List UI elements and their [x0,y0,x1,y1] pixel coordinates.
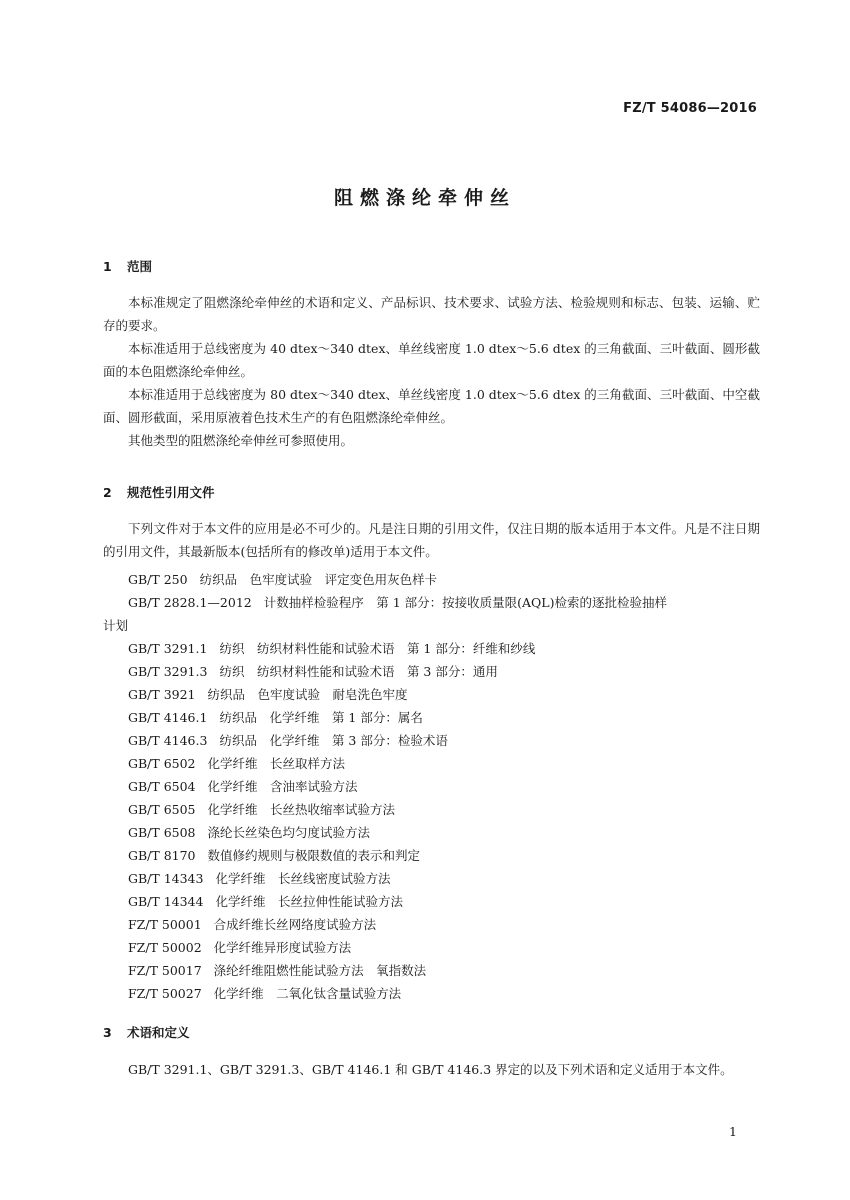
reference-code: GB/T 6504 [128,779,196,794]
reference-item: GB/T 6508涤纶长丝染色均匀度试验方法 [128,823,370,841]
scope-paragraph-3: 本标准适用于总线密度为 80 dtex～340 dtex、单丝线密度 1.0 d… [103,383,760,429]
reference-item: GB/T 8170数值修约规则与极限数值的表示和判定 [128,846,420,864]
reference-code: GB/T 6505 [128,802,196,817]
reference-code: GB/T 4146.3 [128,733,207,748]
reference-title: 涤纶纤维阻燃性能试验方法 氧指数法 [214,963,427,978]
reference-item: GB/T 2828.1—2012计数抽样检验程序 第 1 部分：按接收质量限(A… [128,593,667,634]
reference-item: GB/T 6505化学纤维 长丝热收缩率试验方法 [128,800,395,818]
reference-title: 化学纤维 长丝拉伸性能试验方法 [215,894,403,909]
reference-title: 计数抽样检验程序 第 1 部分：按接收质量限(AQL)检索的逐批检验抽样 [264,595,667,610]
reference-item: FZ/T 50001合成纤维长丝网络度试验方法 [128,915,376,933]
reference-code: GB/T 3921 [128,687,196,702]
reference-title: 数值修约规则与极限数值的表示和判定 [208,848,421,863]
reference-title: 化学纤维 长丝热收缩率试验方法 [208,802,396,817]
reference-continuation: 计划 [103,616,667,634]
reference-code: GB/T 3291.3 [128,664,207,679]
reference-title: 纺织 纺织材料性能和试验术语 第 3 部分：通用 [219,664,497,679]
reference-item: GB/T 3291.3纺织 纺织材料性能和试验术语 第 3 部分：通用 [128,662,498,680]
section-number: 1 [103,259,127,274]
reference-code: GB/T 4146.1 [128,710,207,725]
reference-code: GB/T 14344 [128,894,203,909]
reference-item: GB/T 4146.3纺织品 化学纤维 第 3 部分：检验术语 [128,731,448,749]
section-number: 3 [103,1025,127,1040]
scope-paragraph-4: 其他类型的阻燃涤纶牵伸丝可参照使用。 [103,429,760,452]
section-title: 规范性引用文件 [127,485,215,500]
reference-item: GB/T 250纺织品 色牢度试验 评定变色用灰色样卡 [128,570,437,588]
reference-code: GB/T 8170 [128,848,196,863]
reference-code: GB/T 14343 [128,871,203,886]
reference-title: 纺织品 色牢度试验 评定变色用灰色样卡 [200,572,438,587]
reference-item: FZ/T 50017涤纶纤维阻燃性能试验方法 氧指数法 [128,961,426,979]
reference-title: 纺织品 化学纤维 第 3 部分：检验术语 [219,733,447,748]
scope-paragraph-1: 本标准规定了阻燃涤纶牵伸丝的术语和定义、产品标识、技术要求、试验方法、检验规则和… [103,291,760,337]
references-intro: 下列文件对于本文件的应用是必不可少的。凡是注日期的引用文件，仅注日期的版本适用于… [103,517,760,563]
reference-code: GB/T 250 [128,572,188,587]
reference-title: 化学纤维 长丝线密度试验方法 [215,871,390,886]
reference-code: FZ/T 50027 [128,986,202,1001]
reference-item: GB/T 6502化学纤维 长丝取样方法 [128,754,345,772]
scope-paragraph-2: 本标准适用于总线密度为 40 dtex～340 dtex、单丝线密度 1.0 d… [103,337,760,383]
reference-item: GB/T 3921纺织品 色牢度试验 耐皂洗色牢度 [128,685,408,703]
reference-code: GB/T 3291.1 [128,641,207,656]
reference-title: 纺织品 色牢度试验 耐皂洗色牢度 [208,687,408,702]
document-title: 阻燃涤纶牵伸丝 [0,183,850,210]
reference-item: GB/T 14343化学纤维 长丝线密度试验方法 [128,869,390,887]
reference-code: GB/T 6502 [128,756,196,771]
section-number: 2 [103,485,127,500]
reference-item: FZ/T 50027化学纤维 二氧化钛含量试验方法 [128,984,401,1002]
reference-title: 涤纶长丝染色均匀度试验方法 [208,825,371,840]
reference-title: 纺织 纺织材料性能和试验术语 第 1 部分：纤维和纱线 [219,641,535,656]
reference-title: 化学纤维 二氧化钛含量试验方法 [214,986,402,1001]
reference-item: FZ/T 50002化学纤维异形度试验方法 [128,938,351,956]
reference-code: FZ/T 50017 [128,963,202,978]
reference-code: FZ/T 50002 [128,940,202,955]
section-3-heading: 3术语和定义 [103,1023,190,1041]
reference-item: GB/T 4146.1纺织品 化学纤维 第 1 部分：属名 [128,708,423,726]
section-title: 术语和定义 [127,1025,190,1040]
reference-item: GB/T 14344化学纤维 长丝拉伸性能试验方法 [128,892,403,910]
standard-code: FZ/T 54086—2016 [623,101,757,116]
reference-title: 化学纤维 长丝取样方法 [208,756,346,771]
terms-paragraph: GB/T 3291.1、GB/T 3291.3、GB/T 4146.1 和 GB… [103,1058,760,1081]
reference-code: GB/T 2828.1—2012 [128,595,252,610]
reference-title: 合成纤维长丝网络度试验方法 [214,917,377,932]
reference-code: FZ/T 50001 [128,917,202,932]
page-number: 1 [729,1124,737,1139]
reference-item: GB/T 6504化学纤维 含油率试验方法 [128,777,358,795]
reference-title: 纺织品 化学纤维 第 1 部分：属名 [219,710,422,725]
reference-code: GB/T 6508 [128,825,196,840]
reference-item: GB/T 3291.1纺织 纺织材料性能和试验术语 第 1 部分：纤维和纱线 [128,639,535,657]
reference-title: 化学纤维异形度试验方法 [214,940,352,955]
section-title: 范围 [127,259,152,274]
section-1-heading: 1范围 [103,257,152,275]
section-2-heading: 2规范性引用文件 [103,483,215,501]
reference-title: 化学纤维 含油率试验方法 [208,779,358,794]
